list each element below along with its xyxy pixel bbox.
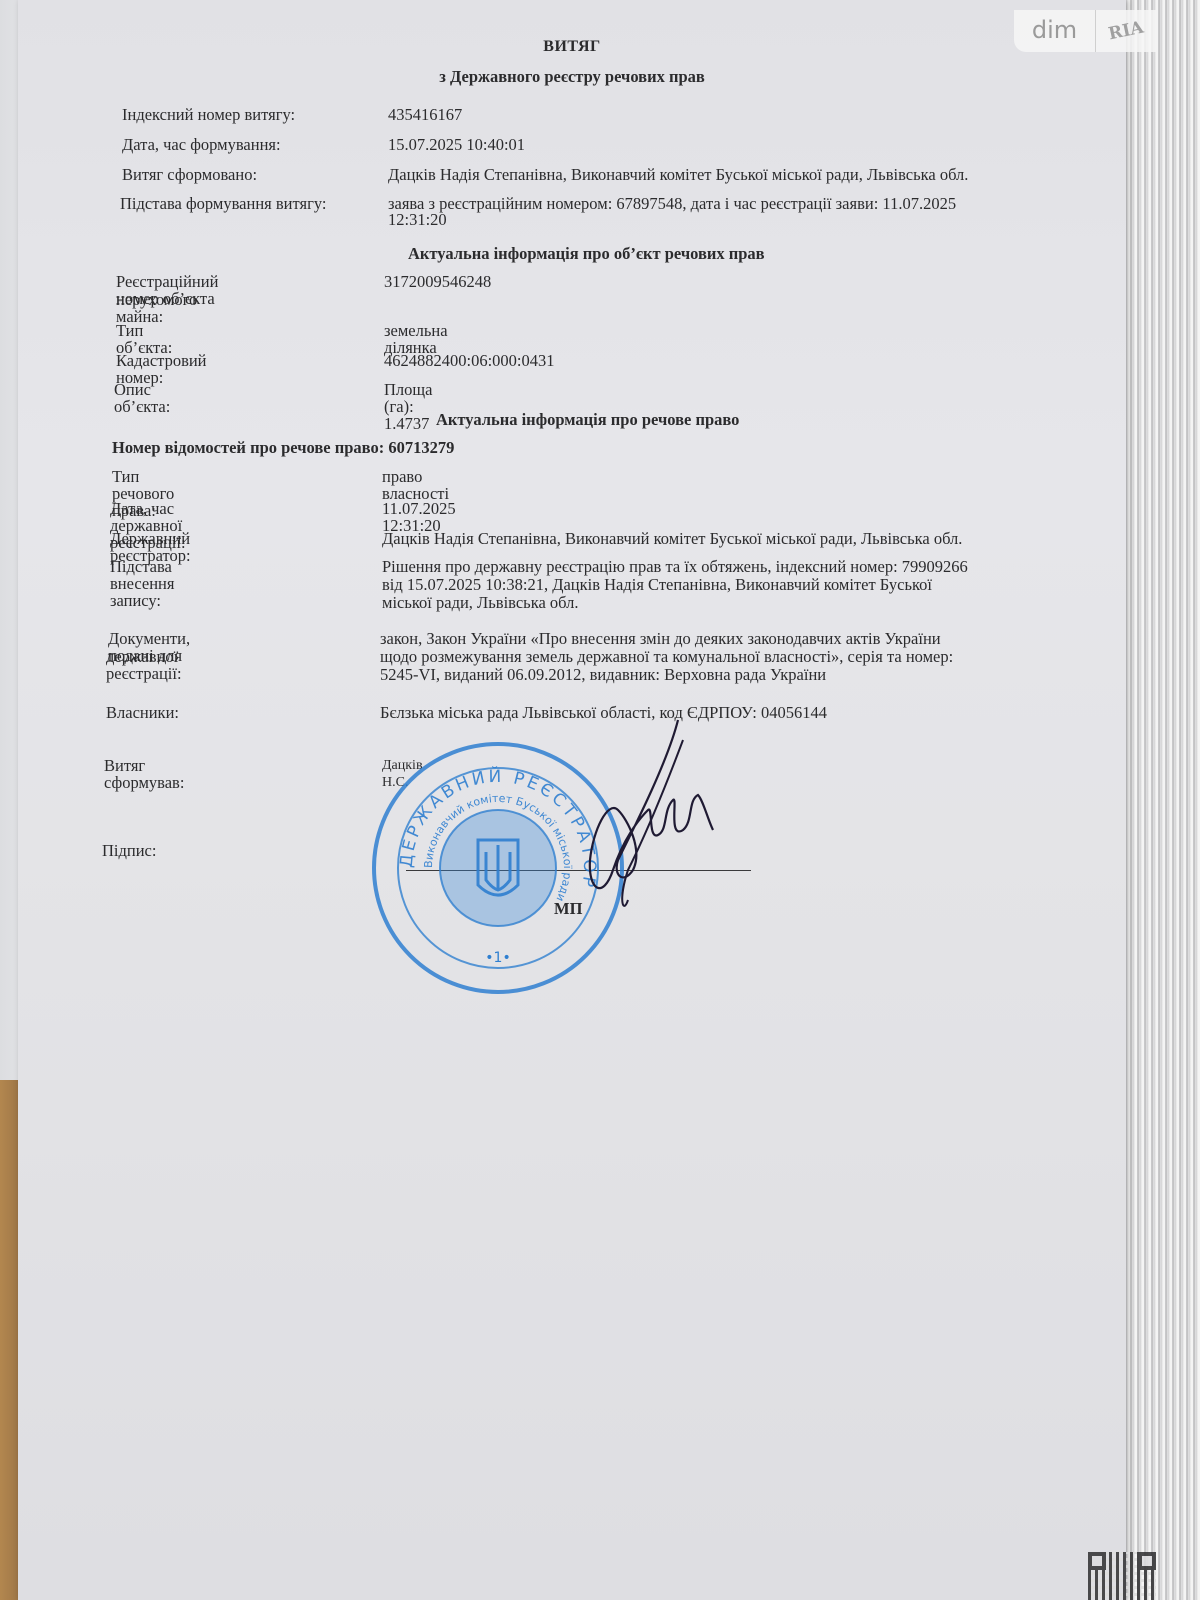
qr-code-icon (1088, 1552, 1156, 1600)
field-value-line: від 15.07.2025 10:38:21, Дацків Надія Ст… (382, 576, 932, 593)
field-value-line: міської ради, Львівська обл. (382, 594, 579, 611)
field-value: Дацків Надія Степанівна, Виконавчий комі… (382, 530, 962, 547)
field-value-line: 12:31:20 (388, 211, 447, 228)
right-section-heading: Актуальна інформація про речове право (436, 410, 739, 430)
field-label: Підстава формування витягу: (120, 195, 380, 212)
right-record-number: Номер відомостей про речове право: 60713… (112, 438, 454, 458)
field-value: 435416167 (388, 106, 1088, 123)
field-label: Опис об’єкта: (114, 381, 170, 415)
field-label: Витяг сформовано: (122, 166, 382, 183)
document-page: ВИТЯГ з Державного реєстру речових прав … (18, 0, 1126, 1600)
field-value: 15.07.2025 10:40:01 (388, 136, 1088, 153)
field-label: Підпис: (102, 842, 156, 859)
field-label-line: державної реєстрації: (106, 648, 182, 682)
field-label: Власники: (106, 704, 179, 721)
watermark-dim-text: dim (1014, 10, 1096, 52)
document-title: ВИТЯГ (18, 38, 1126, 56)
field-value-line: 5245-VI, виданий 06.09.2012, видавник: В… (380, 666, 826, 683)
field-value-line: закон, Закон України «Про внесення змін … (380, 630, 941, 647)
field-label: Підстава внесення запису: (110, 558, 174, 609)
field-value: Дацків Надія Степанівна, Виконавчий комі… (388, 166, 1108, 183)
field-label-line: нерухомого майна: (116, 291, 197, 325)
field-label: Дата, час формування: (122, 136, 382, 153)
field-value-line: Рішення про державну реєстрацію прав та … (382, 558, 968, 575)
field-value: Площа (га): 1.4737 (384, 381, 432, 432)
field-label: Індексний номер витягу: (122, 106, 382, 123)
document-subtitle: з Державного реєстру речових прав (18, 67, 1126, 87)
field-label: Витяг сформував: (104, 757, 184, 791)
field-value: 4624882400:06:000:0431 (384, 352, 555, 369)
field-value-line: щодо розмежування земель державної та ко… (380, 648, 953, 665)
field-value: право власності (382, 468, 449, 502)
dim-ria-watermark: dim RIA (1014, 10, 1156, 52)
watermark-ria-logo: RIA (1095, 15, 1158, 47)
handwritten-margin-note: 019 (0, 180, 4, 243)
seal-number: •1• (485, 950, 510, 966)
field-value: 3172009546248 (384, 273, 491, 290)
object-section-heading: Актуальна інформація про об’єкт речових … (408, 244, 765, 264)
field-value-line: заява з реєстраційним номером: 67897548,… (388, 195, 1108, 212)
handwritten-signature (518, 700, 718, 940)
